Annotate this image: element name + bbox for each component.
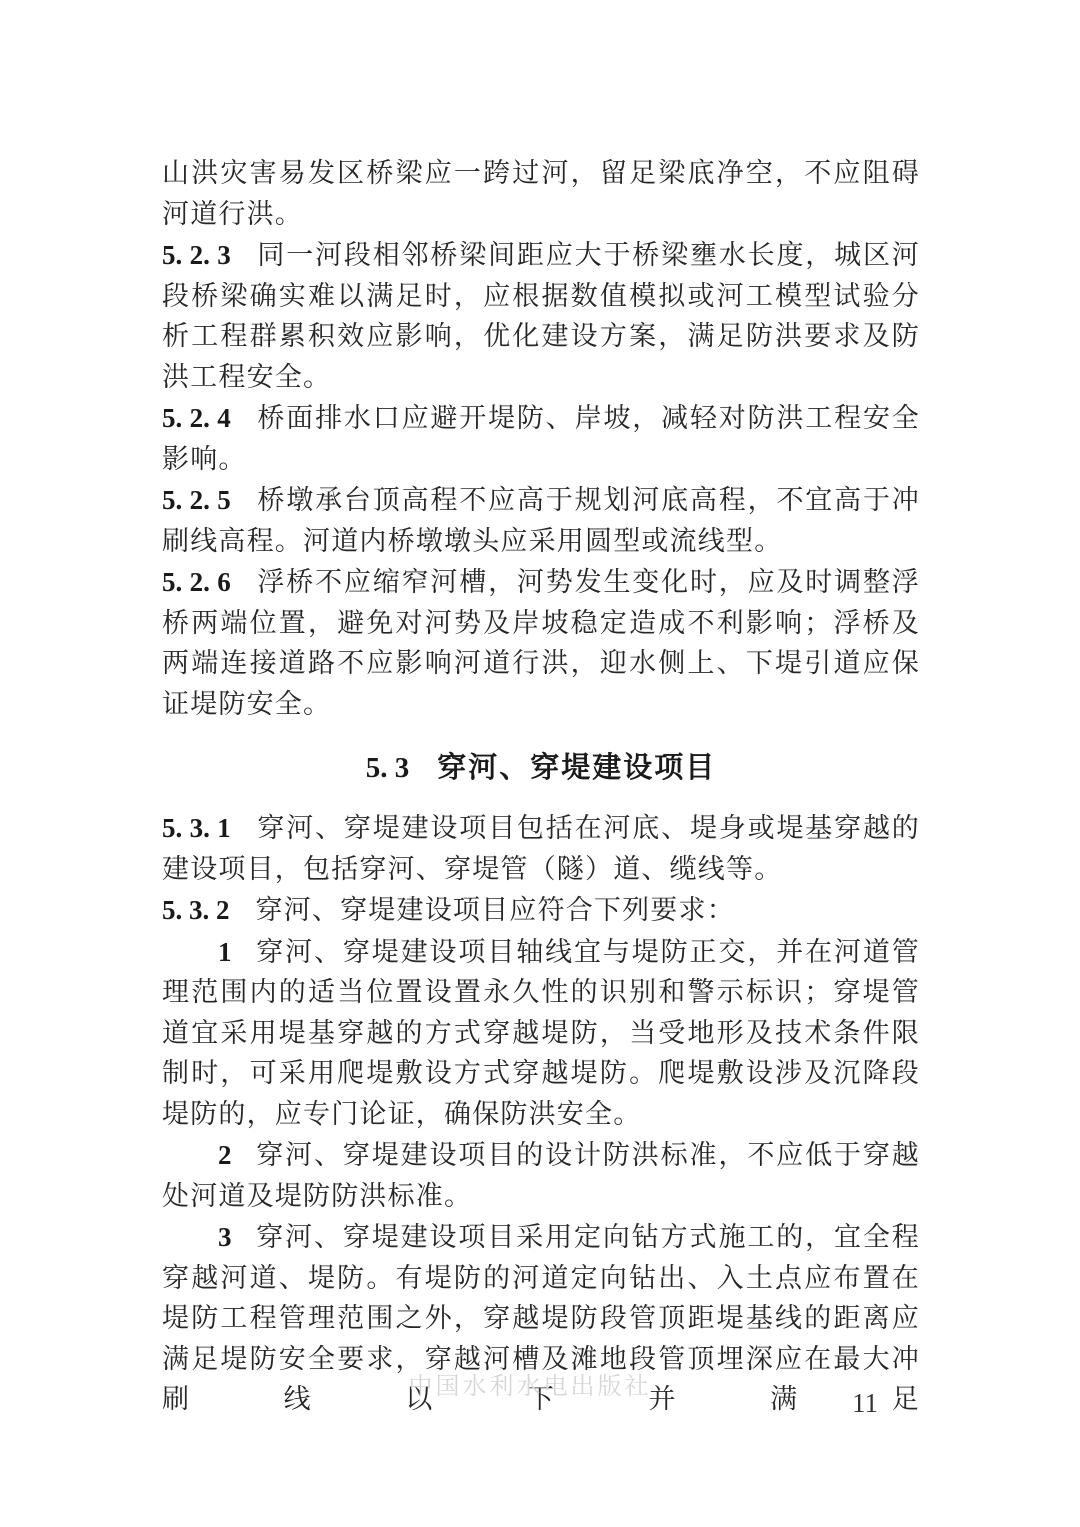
clause-text: 桥墩承台顶高程不应高于规划河底高程，不宜高于冲刷线高程。河道内桥墩墩头应采用圆型… [162, 485, 920, 557]
clause-number: 5. 2. 4 [162, 403, 231, 433]
clause-5-2-3: 5. 2. 3同一河段相邻桥梁间距应大于桥梁壅水长度，城区河段桥梁确实难以满足时… [162, 235, 920, 398]
clause-number: 5. 3. 2 [162, 895, 230, 925]
paragraph-text: 山洪灾害易发区桥梁应一跨过河，留足梁底净空，不应阻碍河道行洪。 [162, 158, 920, 230]
list-item-1: 1穿河、穿堤建设项目轴线宜与堤防正交，并在河道管理范围内的适当位置设置永久性的识… [162, 932, 920, 1136]
document-page: 山洪灾害易发区桥梁应一跨过河，留足梁底净空，不应阻碍河道行洪。 5. 2. 3同… [162, 154, 920, 1421]
clause-text: 同一河段相邻桥梁间距应大于桥梁壅水长度，城区河段桥梁确实难以满足时，应根据数值模… [162, 240, 920, 393]
clause-text: 桥面排水口应避开堤防、岸坡，减轻对防洪工程安全影响。 [162, 403, 920, 475]
clause-number: 5. 2. 5 [162, 485, 231, 515]
clause-text: 穿河、穿堤建设项目应符合下列要求： [256, 895, 735, 926]
item-number: 1 [218, 937, 232, 967]
list-item-2: 2穿河、穿堤建设项目的设计防洪标准，不应低于穿越处河道及堤防防洪标准。 [162, 1135, 920, 1217]
item-number: 2 [218, 1140, 232, 1170]
item-text: 穿河、穿堤建设项目的设计防洪标准，不应低于穿越处河道及堤防防洪标准。 [162, 1140, 920, 1212]
clause-5-3-1: 5. 3. 1穿河、穿堤建设项目包括在河底、堤身或堤基穿越的建设项目，包括穿河、… [162, 808, 920, 890]
page-number: 11 [852, 1388, 878, 1419]
section-title: 穿河、穿堤建设项目 [437, 750, 716, 784]
clause-number: 5. 2. 3 [162, 240, 231, 270]
clause-text: 浮桥不应缩窄河槽，河势发生变化时，应及时调整浮桥两端位置，避免对河势及岸坡稳定造… [162, 567, 920, 720]
clause-text: 穿河、穿堤建设项目包括在河底、堤身或堤基穿越的建设项目，包括穿河、穿堤管（隧）道… [162, 813, 920, 885]
section-heading: 5. 3穿河、穿堤建设项目 [162, 747, 920, 788]
clause-number: 5. 3. 1 [162, 813, 231, 843]
clause-5-2-5: 5. 2. 5桥墩承台顶高程不应高于规划河底高程，不宜高于冲刷线高程。河道内桥墩… [162, 480, 920, 562]
item-text: 穿河、穿堤建设项目轴线宜与堤防正交，并在河道管理范围内的适当位置设置永久性的识别… [162, 937, 920, 1130]
item-number: 3 [218, 1222, 232, 1252]
clause-number: 5. 2. 6 [162, 567, 231, 597]
paragraph-continuation: 山洪灾害易发区桥梁应一跨过河，留足梁底净空，不应阻碍河道行洪。 [162, 154, 920, 235]
clause-5-2-6: 5. 2. 6浮桥不应缩窄河槽，河势发生变化时，应及时调整浮桥两端位置，避免对河… [162, 562, 920, 725]
section-number: 5. 3 [366, 752, 410, 784]
publisher-watermark: 中国水利水电出版社 [0, 1366, 1080, 1401]
clause-5-2-4: 5. 2. 4桥面排水口应避开堤防、岸坡，减轻对防洪工程安全影响。 [162, 398, 920, 480]
clause-5-3-2: 5. 3. 2穿河、穿堤建设项目应符合下列要求： [162, 890, 920, 932]
